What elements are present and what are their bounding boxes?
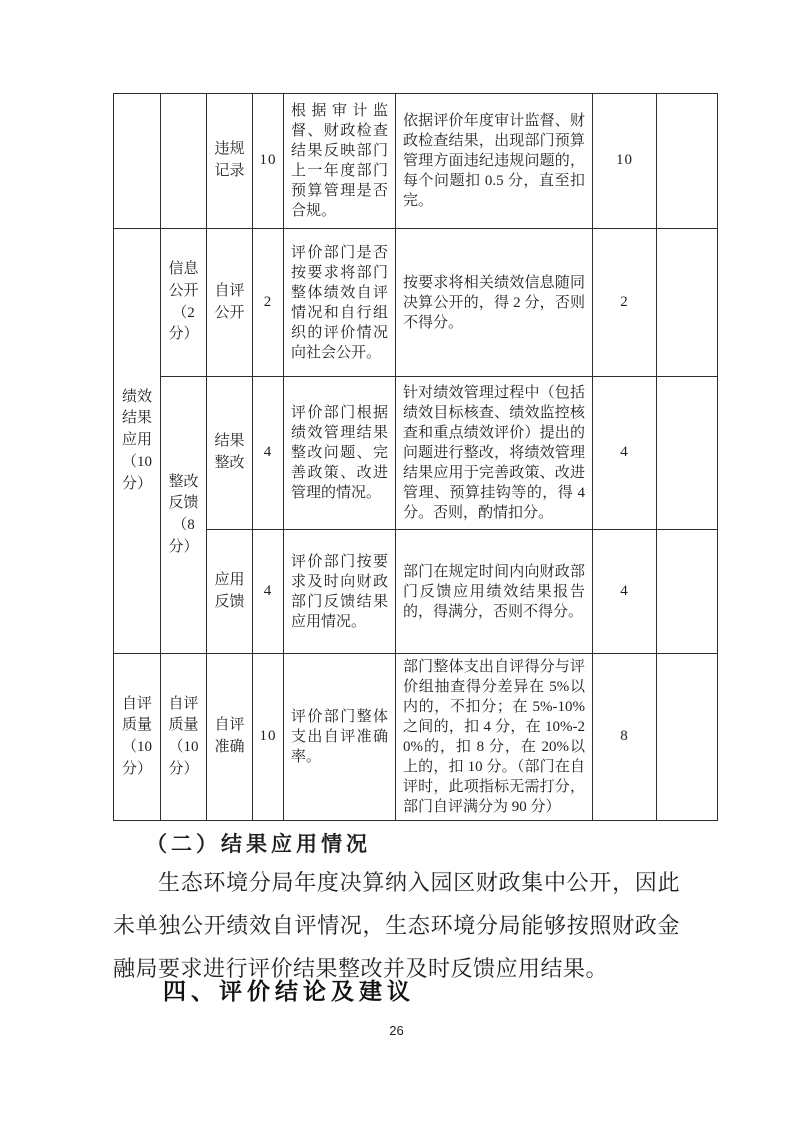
cell-indicator: 违规记录 — [207, 94, 253, 229]
cell-note — [657, 530, 718, 654]
cell-score: 2 — [593, 229, 657, 377]
cell-level2-group: 自评质量（10分） — [161, 654, 207, 821]
evaluation-table: 违规记录 10 根据审计监督、财政检查结果反映部门上一年度部门预算管理是否合规。… — [113, 93, 718, 821]
cell-indicator: 结果整改 — [207, 377, 253, 530]
cell-score: 4 — [593, 530, 657, 654]
table-row: 绩效结果应用（10分） 信息公开（2分） 自评公开 2 评价部门是否按要求将部门… — [114, 229, 718, 377]
cell-scoring-criteria: 按要求将相关绩效信息随同决算公开的，得 2 分，否则不得分。 — [396, 229, 593, 377]
cell-level1-group: 自评质量（10分） — [114, 654, 161, 821]
cell-points: 10 — [253, 94, 284, 229]
cell-scoring-criteria: 依据评价年度审计监督、财政检查结果，出现部门预算管理方面违纪违规问题的，每个问题… — [396, 94, 593, 229]
body-paragraph: 生态环境分局年度决算纳入园区财政集中公开，因此未单独公开绩效自评情况，生态环境分… — [113, 861, 680, 990]
cell-indicator: 自评准确 — [207, 654, 253, 821]
cell-explanation: 评价部门整体支出自评准确率。 — [284, 654, 396, 821]
cell-points: 2 — [253, 229, 284, 377]
cell-level2-group: 整改反馈（8分） — [161, 377, 207, 654]
cell-scoring-criteria: 部门在规定时间内向财政部门反馈应用绩效结果报告的，得满分，否则不得分。 — [396, 530, 593, 654]
cell-scoring-criteria: 部门整体支出自评得分与评价组抽查得分差异在 5%以内的，不扣分；在 5%-10%… — [396, 654, 593, 821]
cell-points: 4 — [253, 530, 284, 654]
cell-explanation: 根据审计监督、财政检查结果反映部门上一年度部门预算管理是否合规。 — [284, 94, 396, 229]
cell-note — [657, 377, 718, 530]
cell-indicator: 自评公开 — [207, 229, 253, 377]
cell-indicator: 应用反馈 — [207, 530, 253, 654]
cell-explanation: 评价部门根据绩效管理结果整改问题、完善政策、改进管理的情况。 — [284, 377, 396, 530]
section-heading-conclusion: 四、评价结论及建议 — [163, 975, 415, 1007]
table-row: 自评质量（10分） 自评质量（10分） 自评准确 10 评价部门整体支出自评准确… — [114, 654, 718, 821]
page-number: 26 — [0, 1023, 793, 1038]
cell-level2-group — [161, 94, 207, 229]
cell-score: 4 — [593, 377, 657, 530]
cell-level2-group: 信息公开（2分） — [161, 229, 207, 377]
cell-explanation: 评价部门是否按要求将部门整体绩效自评情况和自行组织的评价情况向社会公开。 — [284, 229, 396, 377]
cell-points: 4 — [253, 377, 284, 530]
cell-score: 8 — [593, 654, 657, 821]
cell-explanation: 评价部门按要求及时向财政部门反馈结果应用情况。 — [284, 530, 396, 654]
cell-note — [657, 229, 718, 377]
document-page: 违规记录 10 根据审计监督、财政检查结果反映部门上一年度部门预算管理是否合规。… — [0, 0, 793, 1122]
cell-level1-group — [114, 94, 161, 229]
section-heading-results-application: （二）结果应用情况 — [146, 829, 371, 859]
cell-scoring-criteria: 针对绩效管理过程中（包括绩效目标核查、绩效监控核查和重点绩效评价）提出的问题进行… — [396, 377, 593, 530]
table-row: 整改反馈（8分） 结果整改 4 评价部门根据绩效管理结果整改问题、完善政策、改进… — [114, 377, 718, 530]
cell-points: 10 — [253, 654, 284, 821]
cell-score: 10 — [593, 94, 657, 229]
table-row: 违规记录 10 根据审计监督、财政检查结果反映部门上一年度部门预算管理是否合规。… — [114, 94, 718, 229]
cell-note — [657, 94, 718, 229]
cell-note — [657, 654, 718, 821]
cell-level1-group: 绩效结果应用（10分） — [114, 229, 161, 654]
